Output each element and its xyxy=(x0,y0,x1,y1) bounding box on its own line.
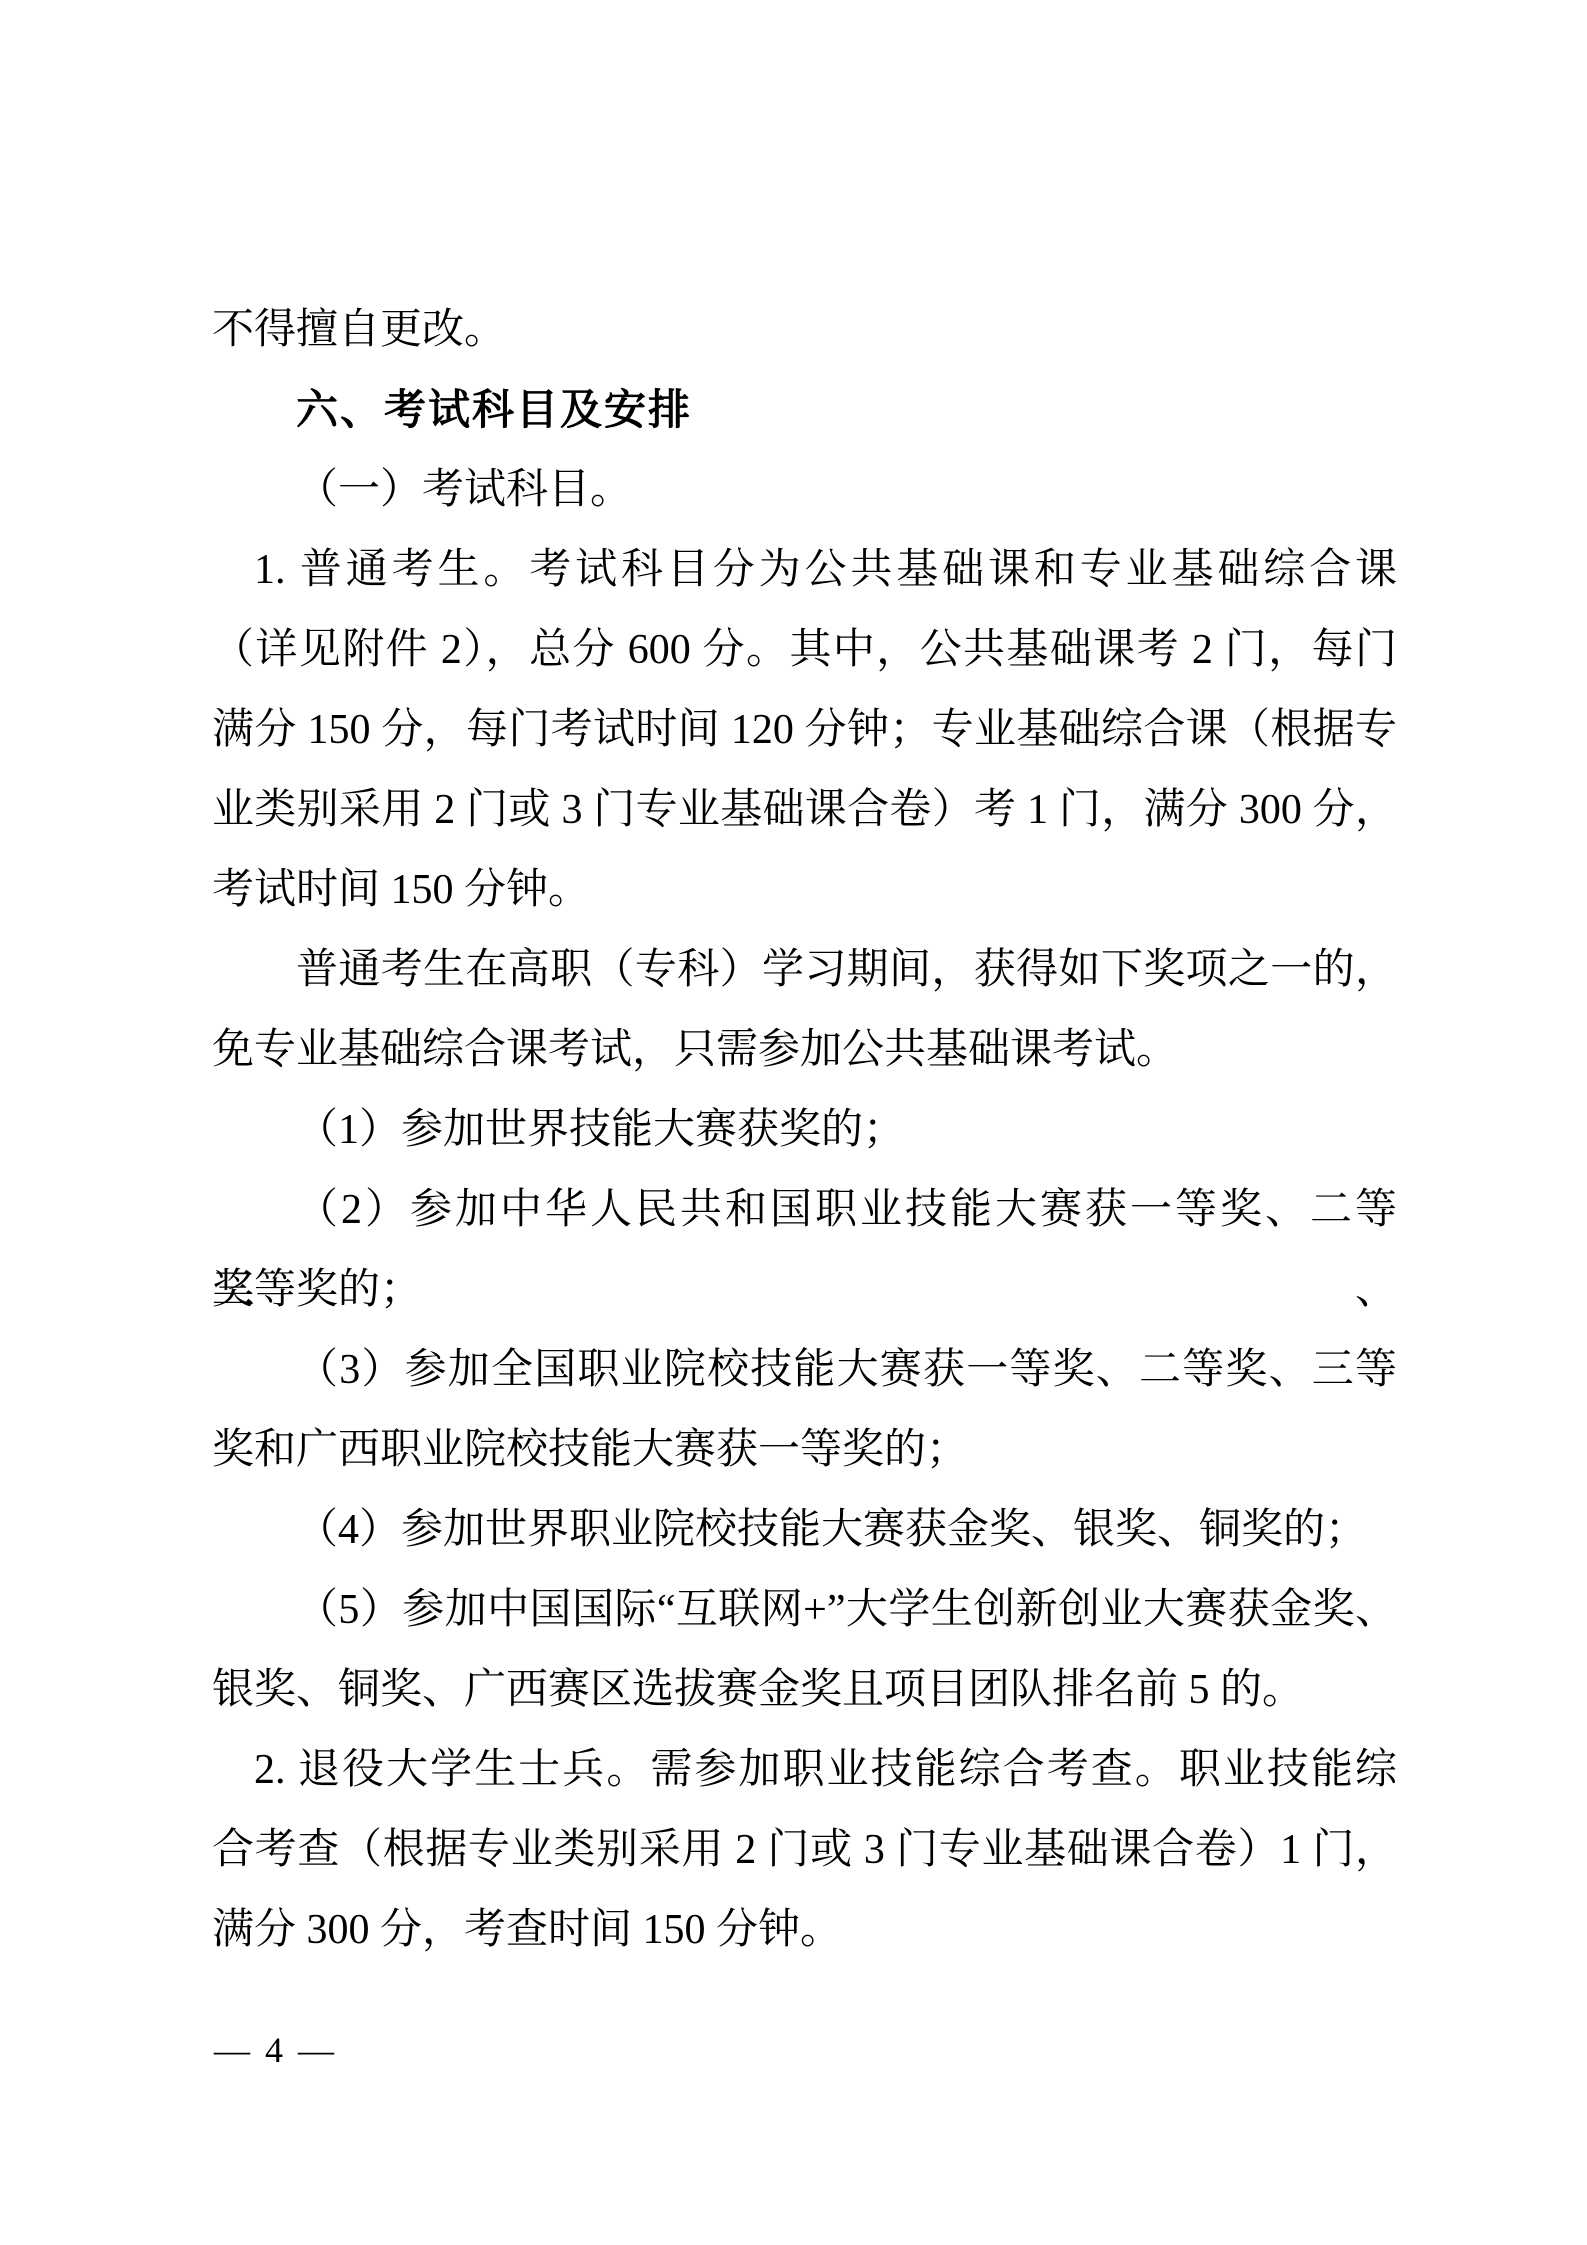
body-line: 考试时间 150 分钟。 xyxy=(212,850,1397,930)
document-page: 不得擅自更改。 六、考试科目及安排 （一）考试科目。 1. 普通考生。考试科目分… xyxy=(0,0,1587,2245)
body-line: 1. 普通考生。考试科目分为公共基础课和专业基础综合课 xyxy=(212,530,1397,610)
list-item-line: （4）参加世界职业院校技能大赛获金奖、银奖、铜奖的； xyxy=(212,1490,1397,1570)
list-item-line: 奖和广西职业院校技能大赛获一等奖的； xyxy=(212,1410,1397,1490)
body-line: 业类别采用 2 门或 3 门专业基础课合卷）考 1 门，满分 300 分， xyxy=(212,770,1397,850)
document-body: 不得擅自更改。 六、考试科目及安排 （一）考试科目。 1. 普通考生。考试科目分… xyxy=(212,290,1397,1970)
body-line: 普通考生在高职（专科）学习期间，获得如下奖项之一的， xyxy=(212,930,1397,1010)
continuation-line: 不得擅自更改。 xyxy=(212,290,1397,370)
body-line: 满分 150 分，每门考试时间 120 分钟；专业基础综合课（根据专 xyxy=(212,690,1397,770)
list-item-line: （5）参加中国国际“互联网+”大学生创新创业大赛获金奖、 xyxy=(212,1570,1397,1650)
body-line: 免专业基础综合课考试，只需参加公共基础课考试。 xyxy=(212,1010,1397,1090)
list-item-line: 银奖、铜奖、广西赛区选拔赛金奖且项目团队排名前 5 的。 xyxy=(212,1650,1397,1730)
list-item-line: （3）参加全国职业院校技能大赛获一等奖、二等奖、三等 xyxy=(212,1330,1397,1410)
list-item-line: （2）参加中华人民共和国职业技能大赛获一等奖、二等奖、 xyxy=(212,1170,1397,1250)
body-line: 满分 300 分，考查时间 150 分钟。 xyxy=(212,1890,1397,1970)
subsection-heading: （一）考试科目。 xyxy=(212,450,1397,530)
body-line: 合考查（根据专业类别采用 2 门或 3 门专业基础课合卷）1 门， xyxy=(212,1810,1397,1890)
body-line: 2. 退役大学生士兵。需参加职业技能综合考查。职业技能综 xyxy=(212,1730,1397,1810)
body-line: （详见附件 2），总分 600 分。其中，公共基础课考 2 门，每门 xyxy=(212,610,1397,690)
page-number: — 4 — xyxy=(214,2030,337,2070)
list-item-line: （1）参加世界技能大赛获奖的； xyxy=(212,1090,1397,1170)
section-heading: 六、考试科目及安排 xyxy=(212,370,1397,450)
